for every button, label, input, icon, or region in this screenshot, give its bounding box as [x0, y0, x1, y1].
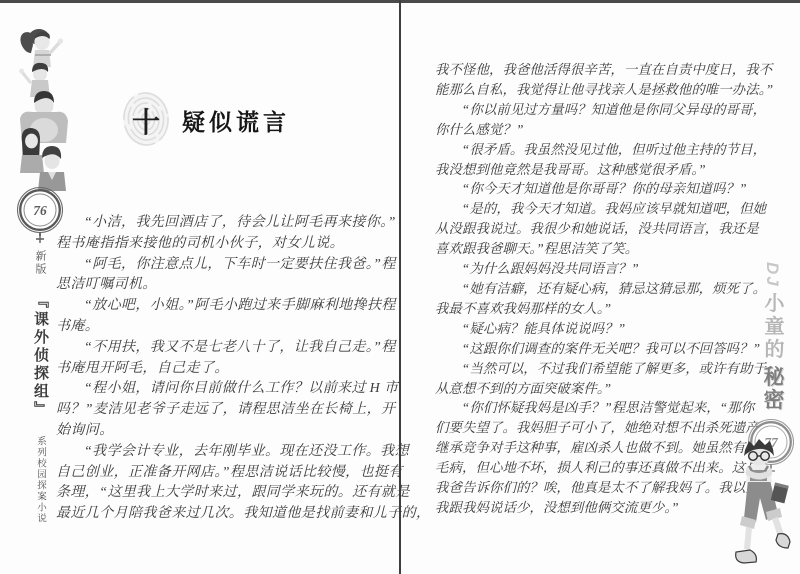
book-title-end: 秘密: [761, 366, 784, 412]
text-line: “放心吧，小姐。”阿毛小跑过来手脚麻利地搀扶程: [56, 296, 402, 317]
text-line: 继承竞争对手这种事，雇凶杀人也做不到。她虽然有些: [435, 438, 751, 458]
text-line: 始询问。: [56, 421, 402, 442]
left-page-text: “小洁，我先回酒店了，待会儿让阿毛再来接你。”程书庵指指来接他的司机小伙子，对女…: [56, 213, 402, 525]
text-line: “你以前见过方量吗？知道他是你同父异母的哥哥，: [435, 100, 751, 120]
text-line: “为什么跟妈妈没共同语言？”: [435, 259, 751, 279]
right-page-text: 我不怪他，我爸他活得很辛苦，一直在自责中度日，我不能那么自私，我觉得让他寻找亲人…: [435, 60, 751, 518]
text-line: “这跟你们调查的案件无关吧？我可以不回答吗？”: [435, 339, 751, 359]
chapter-number: 十: [120, 101, 172, 141]
series-prefix: 新版: [34, 250, 46, 276]
boy-illustration: [722, 436, 796, 574]
text-line: “她有洁癖，还有疑心病，猜忌这猜忌那，烦死了。: [435, 279, 751, 299]
text-line: “我学会计专业，去年刚毕业。现在还没工作。我想: [56, 442, 402, 463]
series-title-vertical: 新版 『课外侦探组』 系列校园探案小说: [30, 250, 51, 565]
text-line: “你们怀疑我妈是凶手？”程思洁警觉起来，“那你: [435, 398, 751, 418]
book-title-mid: 小童的: [761, 292, 783, 361]
text-line: 从意想不到的方面突破案件。”: [435, 379, 751, 399]
book-spread: 76 新版 『课外侦探组』 系列校园探案小说 十 疑似谎言 “小洁，我先回酒店了…: [0, 0, 800, 574]
text-line: “疑心病？能具体说说吗？”: [435, 319, 751, 339]
text-line: 我不怪他，我爸他活得很辛苦，一直在自责中度日，我不: [435, 60, 751, 80]
chapter-header: 十 疑似谎言: [120, 90, 410, 154]
text-line: 书庵甩开阿毛，自己走了。: [56, 359, 402, 380]
left-page-number: 76: [33, 203, 47, 218]
text-line: 最近几个月陪我爸来过几次。我知道他是找前妻和儿子的，: [56, 504, 402, 525]
text-line: 条理，“这里我上大学时来过，跟同学来玩的。还有就是: [56, 483, 402, 504]
text-line: 我爸告诉你们的？唉，他真是太不了解我妈了。我以为: [435, 478, 751, 498]
text-line: “程小姐，请问你目前做什么工作？以前来过 H 市: [56, 379, 402, 400]
text-line: 我没想到他竟然是我哥哥。这种感觉很矛盾。”: [435, 160, 751, 180]
text-line: “阿毛，你注意点儿，下车时一定要扶住我爸。”程: [56, 255, 402, 276]
text-line: 吗？”麦洁见老爷子走远了，请程思洁坐在长椅上，开: [56, 400, 402, 421]
text-line: 自己创业，正准备开网店。”程思洁说话比较慢，也挺有: [56, 463, 402, 484]
text-line: 们要失望了。我妈胆子可小了，她绝对想不出杀死遗产: [435, 418, 751, 438]
text-line: 程书庵指指来接他的司机小伙子，对女儿说。: [56, 234, 402, 255]
boy-figure: [736, 439, 790, 563]
text-line: “小洁，我先回酒店了，待会儿让阿毛再来接你。”: [56, 213, 402, 234]
text-line: 能那么自私，我觉得让他寻找亲人是拯救他的唯一办法。”: [435, 80, 751, 100]
text-line: “不用扶，我又不是七老八十了，让我自己走。”程: [56, 338, 402, 359]
text-line: “是的，我今天才知道。我妈应该早就知道吧，但她: [435, 199, 751, 219]
chapter-title: 疑似谎言: [182, 104, 290, 137]
book-title-vertical: DJ 小童的 秘密: [757, 262, 787, 412]
text-line: 书庵。: [56, 317, 402, 338]
character-stack-illustration: [10, 22, 76, 192]
text-line: 思洁叮嘱司机。: [56, 275, 402, 296]
text-line: 从没跟我说过。我很少和她说话，没共同语言，我还是: [435, 219, 751, 239]
series-name: 『课外侦探组』: [32, 293, 49, 419]
text-line: “很矛盾。我虽然没见过他，但听过他主持的节目，: [435, 140, 751, 160]
text-line: “你今天才知道他是你哥哥？你的母亲知道吗？”: [435, 179, 751, 199]
text-line: 喜欢跟我爸聊天。”程思洁笑了笑。: [435, 239, 751, 259]
text-line: 我跟我妈说话少，没想到他俩交流更少。”: [435, 498, 751, 518]
series-suffix: 系列校园探案小说: [35, 436, 46, 524]
text-line: 你什么感觉？”: [435, 120, 751, 140]
book-title-dj: DJ: [763, 262, 782, 288]
text-line: “当然可以，不过我们希望能了解更多，或许有助于: [435, 359, 751, 379]
text-line: 毛病，但心地不坏，损人利己的事还真做不出来。这是: [435, 458, 751, 478]
text-line: 我最不喜欢我妈那样的女人。”: [435, 299, 751, 319]
girl-character: [20, 29, 63, 67]
